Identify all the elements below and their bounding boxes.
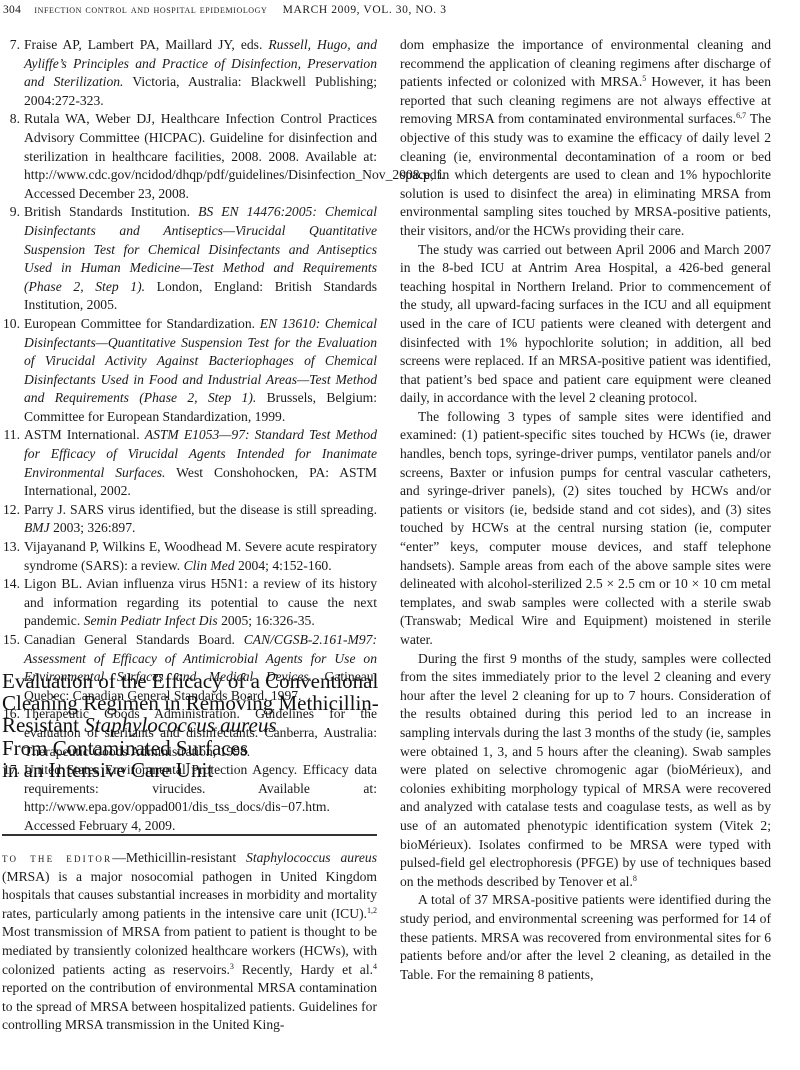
reference-number: 15. (0, 631, 24, 650)
title-line: Cleaning Regimen in Removing Methicillin… (2, 692, 387, 714)
paragraph-study-setting: The study was carried out between April … (400, 241, 771, 408)
reference-source-italic: Semin Pediatr Infect Dis (84, 613, 218, 628)
title-line: in an Intensive Care Unit (2, 759, 387, 781)
text: The objective of this study was to exami… (400, 111, 771, 238)
reference-item: 13.Vijayanand P, Wilkins E, Woodhead M. … (6, 538, 377, 575)
title-line: Resistant Staphylococcus aureus (2, 714, 387, 736)
title-species-italic: Staphylococcus aureus (84, 713, 276, 737)
reference-number: 8. (6, 110, 24, 129)
reference-item: 14.Ligon BL. Avian influenza virus H5N1:… (6, 575, 377, 631)
page-number: 304 (3, 4, 21, 16)
paragraph-results: A total of 37 MRSA-positive patients wer… (400, 891, 771, 984)
paragraph-sample-sites: The following 3 types of sample sites we… (400, 408, 771, 650)
reference-number: 14. (0, 575, 24, 594)
citation[interactable]: 4 (373, 962, 377, 971)
reference-item: 11.ASTM International. ASTM E1053—97: St… (6, 426, 377, 500)
reference-text: 2004; 4:152-160. (235, 558, 332, 573)
reference-text: Parry J. SARS virus identified, but the … (24, 502, 377, 517)
citation[interactable]: 6,7 (736, 111, 746, 120)
reference-source-italic: Clin Med (184, 558, 235, 573)
citation[interactable]: 8 (633, 874, 637, 883)
reference-number: 9. (6, 203, 24, 222)
article-title: Evaluation of the Efficacy of a Conventi… (2, 670, 387, 781)
reference-number: 12. (0, 501, 24, 520)
reference-item: 10.European Committee for Standardizatio… (6, 315, 377, 427)
text: —Methicillin-resistant (112, 850, 246, 865)
issue-info: MARCH 2009, VOL. 30, NO. 3 (283, 4, 447, 16)
journal-title: INFECTION CONTROL AND HOSPITAL EPIDEMIOL… (34, 4, 267, 16)
reference-number: 13. (0, 538, 24, 557)
paragraph-methods: During the first 9 months of the study, … (400, 650, 771, 892)
reference-number: 10. (0, 315, 24, 334)
reference-number: 11. (0, 426, 24, 445)
paragraph-continued: dom emphasize the importance of environm… (400, 36, 771, 241)
reference-item: 12.Parry J. SARS virus identified, but t… (6, 501, 377, 538)
reference-text: Fraise AP, Lambert PA, Maillard JY, eds. (24, 37, 268, 52)
letter-body-right: dom emphasize the importance of environm… (400, 36, 771, 984)
reference-text: 2005; 16:326-35. (218, 613, 315, 628)
text: Recently, Hardy et al. (234, 962, 373, 977)
reference-text: Canadian General Standards Board. (24, 632, 244, 647)
reference-item: 9.British Standards Institution. BS EN 1… (6, 203, 377, 315)
section-divider (2, 834, 377, 836)
reference-text: British Standards Institution. (24, 204, 198, 219)
title-line: From Contaminated Surfaces (2, 737, 387, 759)
reference-text: 2003; 326:897. (50, 520, 136, 535)
reference-item: 8.Rutala WA, Weber DJ, Healthcare Infect… (6, 110, 377, 203)
title-line: Evaluation of the Efficacy of a Conventi… (2, 670, 387, 692)
text: reported on the contribution of environm… (2, 980, 377, 1032)
reference-item: 7.Fraise AP, Lambert PA, Maillard JY, ed… (6, 36, 377, 110)
title-text: Resistant (2, 713, 84, 737)
species-italic: Staphylococcus aureus (246, 850, 377, 865)
reference-text: ASTM International. (24, 427, 145, 442)
text: During the first 9 months of the study, … (400, 651, 771, 889)
text: (MRSA) is a major nosocomial pathogen in… (2, 869, 377, 921)
reference-source-italic: BMJ (24, 520, 50, 535)
reference-text: European Committee for Standardization. (24, 316, 260, 331)
letter-body-left: To the Editor—Methicillin-resistant Stap… (2, 849, 377, 1035)
reference-number: 7. (6, 36, 24, 55)
section-label: To the Editor (2, 850, 112, 865)
reference-text: Rutala WA, Weber DJ, Healthcare Infectio… (24, 111, 444, 200)
paragraph-intro: To the Editor—Methicillin-resistant Stap… (2, 849, 377, 1035)
citation[interactable]: 1,2 (367, 906, 377, 915)
running-head: 304 INFECTION CONTROL AND HOSPITAL EPIDE… (3, 4, 793, 16)
